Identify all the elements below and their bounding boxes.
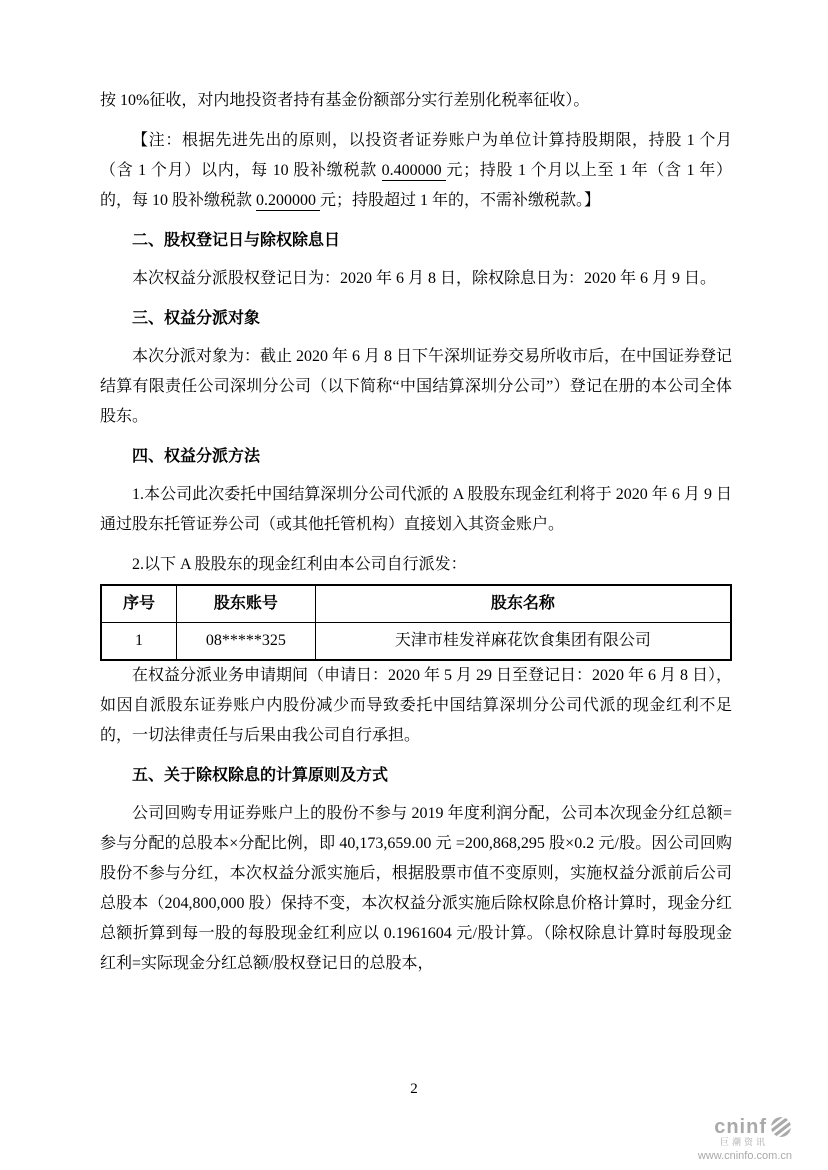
cninfo-chinese-name: 巨潮资讯 bbox=[698, 1138, 768, 1148]
section-4-item-2: 2.以下 A 股股东的现金红利由本公司自行派发： bbox=[100, 550, 732, 580]
swirl-icon bbox=[770, 1116, 792, 1138]
paragraph-tax-continuation: 按 10%征收，对内地投资者持有基金份额部分实行差别化税率征收）。 bbox=[100, 86, 732, 116]
section-2-heading: 二、股权登记日与除权除息日 bbox=[100, 226, 732, 256]
note-tax-value-1: 0.400000 bbox=[382, 162, 447, 181]
page-number: 2 bbox=[0, 1080, 828, 1098]
section-2-body: 本次权益分派股权登记日为：2020 年 6 月 8 日，除权除息日为：2020 … bbox=[100, 264, 732, 294]
note-tax-value-2: 0.200000 bbox=[256, 192, 320, 211]
section-3-body: 本次分派对象为：截止 2020 年 6 月 8 日下午深圳证券交易所收市后，在中… bbox=[100, 342, 732, 432]
note-segment-3: 元；持股超过 1 年的，不需补缴税款。】 bbox=[320, 192, 600, 209]
document-page: 按 10%征收，对内地投资者持有基金份额部分实行差别化税率征收）。 【注：根据先… bbox=[0, 0, 828, 1170]
table-row: 1 08*****325 天津市桂发祥麻花饮食集团有限公司 bbox=[101, 623, 731, 661]
cell-holder-name: 天津市桂发祥麻花饮食集团有限公司 bbox=[315, 623, 731, 661]
column-header-account: 股东账号 bbox=[177, 585, 316, 623]
cninfo-brand-text: cninf bbox=[714, 1116, 767, 1138]
document-body: 按 10%征收，对内地投资者持有基金份额部分实行差别化税率征收）。 【注：根据先… bbox=[100, 86, 732, 989]
section-5-heading: 五、关于除权除息的计算原则及方式 bbox=[100, 761, 732, 791]
self-distribution-holders-table: 序号 股东账号 股东名称 1 08*****325 天津市桂发祥麻花饮食集团有限… bbox=[100, 584, 732, 661]
cninfo-logo: cninf 巨潮资讯 www bbox=[698, 1116, 792, 1162]
table-header-row: 序号 股东账号 股东名称 bbox=[101, 585, 731, 623]
cell-index: 1 bbox=[101, 623, 177, 661]
section-5-body: 公司回购专用证券账户上的股份不参与 2019 年度利润分配，公司本次现金分红总额… bbox=[100, 799, 732, 979]
cell-account: 08*****325 bbox=[177, 623, 316, 661]
section-3-heading: 三、权益分派对象 bbox=[100, 304, 732, 334]
column-header-holder-name: 股东名称 bbox=[315, 585, 731, 623]
section-4-heading: 四、权益分派方法 bbox=[100, 442, 732, 472]
cninfo-logo-row: cninf bbox=[698, 1116, 792, 1138]
paragraph-note: 【注：根据先进先出的原则，以投资者证券账户为单位计算持股期限，持股 1 个月（含… bbox=[100, 126, 732, 216]
section-4-item-1: 1.本公司此次委托中国结算深圳分公司代派的 A 股股东现金红利将于 2020 年… bbox=[100, 480, 732, 540]
cninfo-url: www.cninfo.com.cn bbox=[698, 1150, 792, 1162]
column-header-index: 序号 bbox=[101, 585, 177, 623]
section-4-after-table: 在权益分派业务申请期间（申请日：2020 年 5 月 29 日至登记日：2020… bbox=[100, 661, 732, 751]
